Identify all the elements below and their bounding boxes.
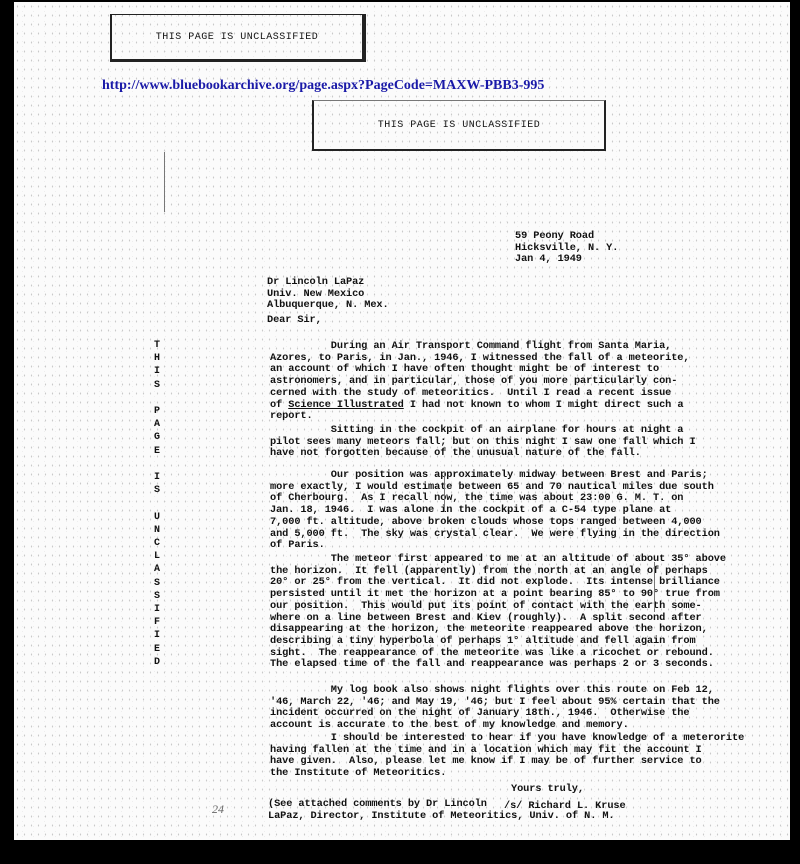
paragraph-3: Our position was approximately midway be…: [270, 470, 720, 552]
stamp-text: THIS PAGE IS UNCLASSIFIED: [156, 32, 319, 43]
scan-bottom-border: [0, 840, 800, 864]
return-address: 59 Peony Road Hicksville, N. Y. Jan 4, 1…: [515, 231, 618, 266]
signature: /s/ Richard L. Kruse: [504, 801, 626, 813]
scan-artifact: [444, 472, 445, 512]
paragraph-1: During an Air Transport Command flight f…: [270, 341, 689, 423]
unclassified-stamp-top: THIS PAGE IS UNCLASSIFIED: [110, 14, 366, 62]
scan-artifact: [654, 562, 655, 612]
unclassified-stamp-second: THIS PAGE IS UNCLASSIFIED: [312, 100, 606, 151]
publication-title: Science Illustrated: [288, 399, 404, 411]
paragraph-2: Sitting in the cockpit of an airplane fo…: [270, 425, 696, 460]
paragraph-5: My log book also shows night flights ove…: [270, 685, 720, 732]
recipient-address: Dr Lincoln LaPaz Univ. New Mexico Albuqu…: [267, 277, 389, 312]
paragraph-6: I should be interested to hear if you ha…: [270, 733, 744, 780]
stamp-text: THIS PAGE IS UNCLASSIFIED: [378, 120, 541, 131]
closing: Yours truly,: [511, 784, 584, 796]
handwritten-page-number: 24: [212, 802, 224, 817]
paragraph-4: The meteor first appeared to me at an al…: [270, 554, 726, 671]
salutation: Dear Sir,: [267, 315, 322, 327]
source-url-link[interactable]: http://www.bluebookarchive.org/page.aspx…: [102, 78, 544, 94]
vertical-unclassified-stamp: T H I S P A G E I S U N C L A S S I F I …: [150, 339, 164, 669]
scan-artifact: [164, 152, 165, 212]
scanned-document-page: THIS PAGE IS UNCLASSIFIED THIS PAGE IS U…: [14, 2, 790, 840]
